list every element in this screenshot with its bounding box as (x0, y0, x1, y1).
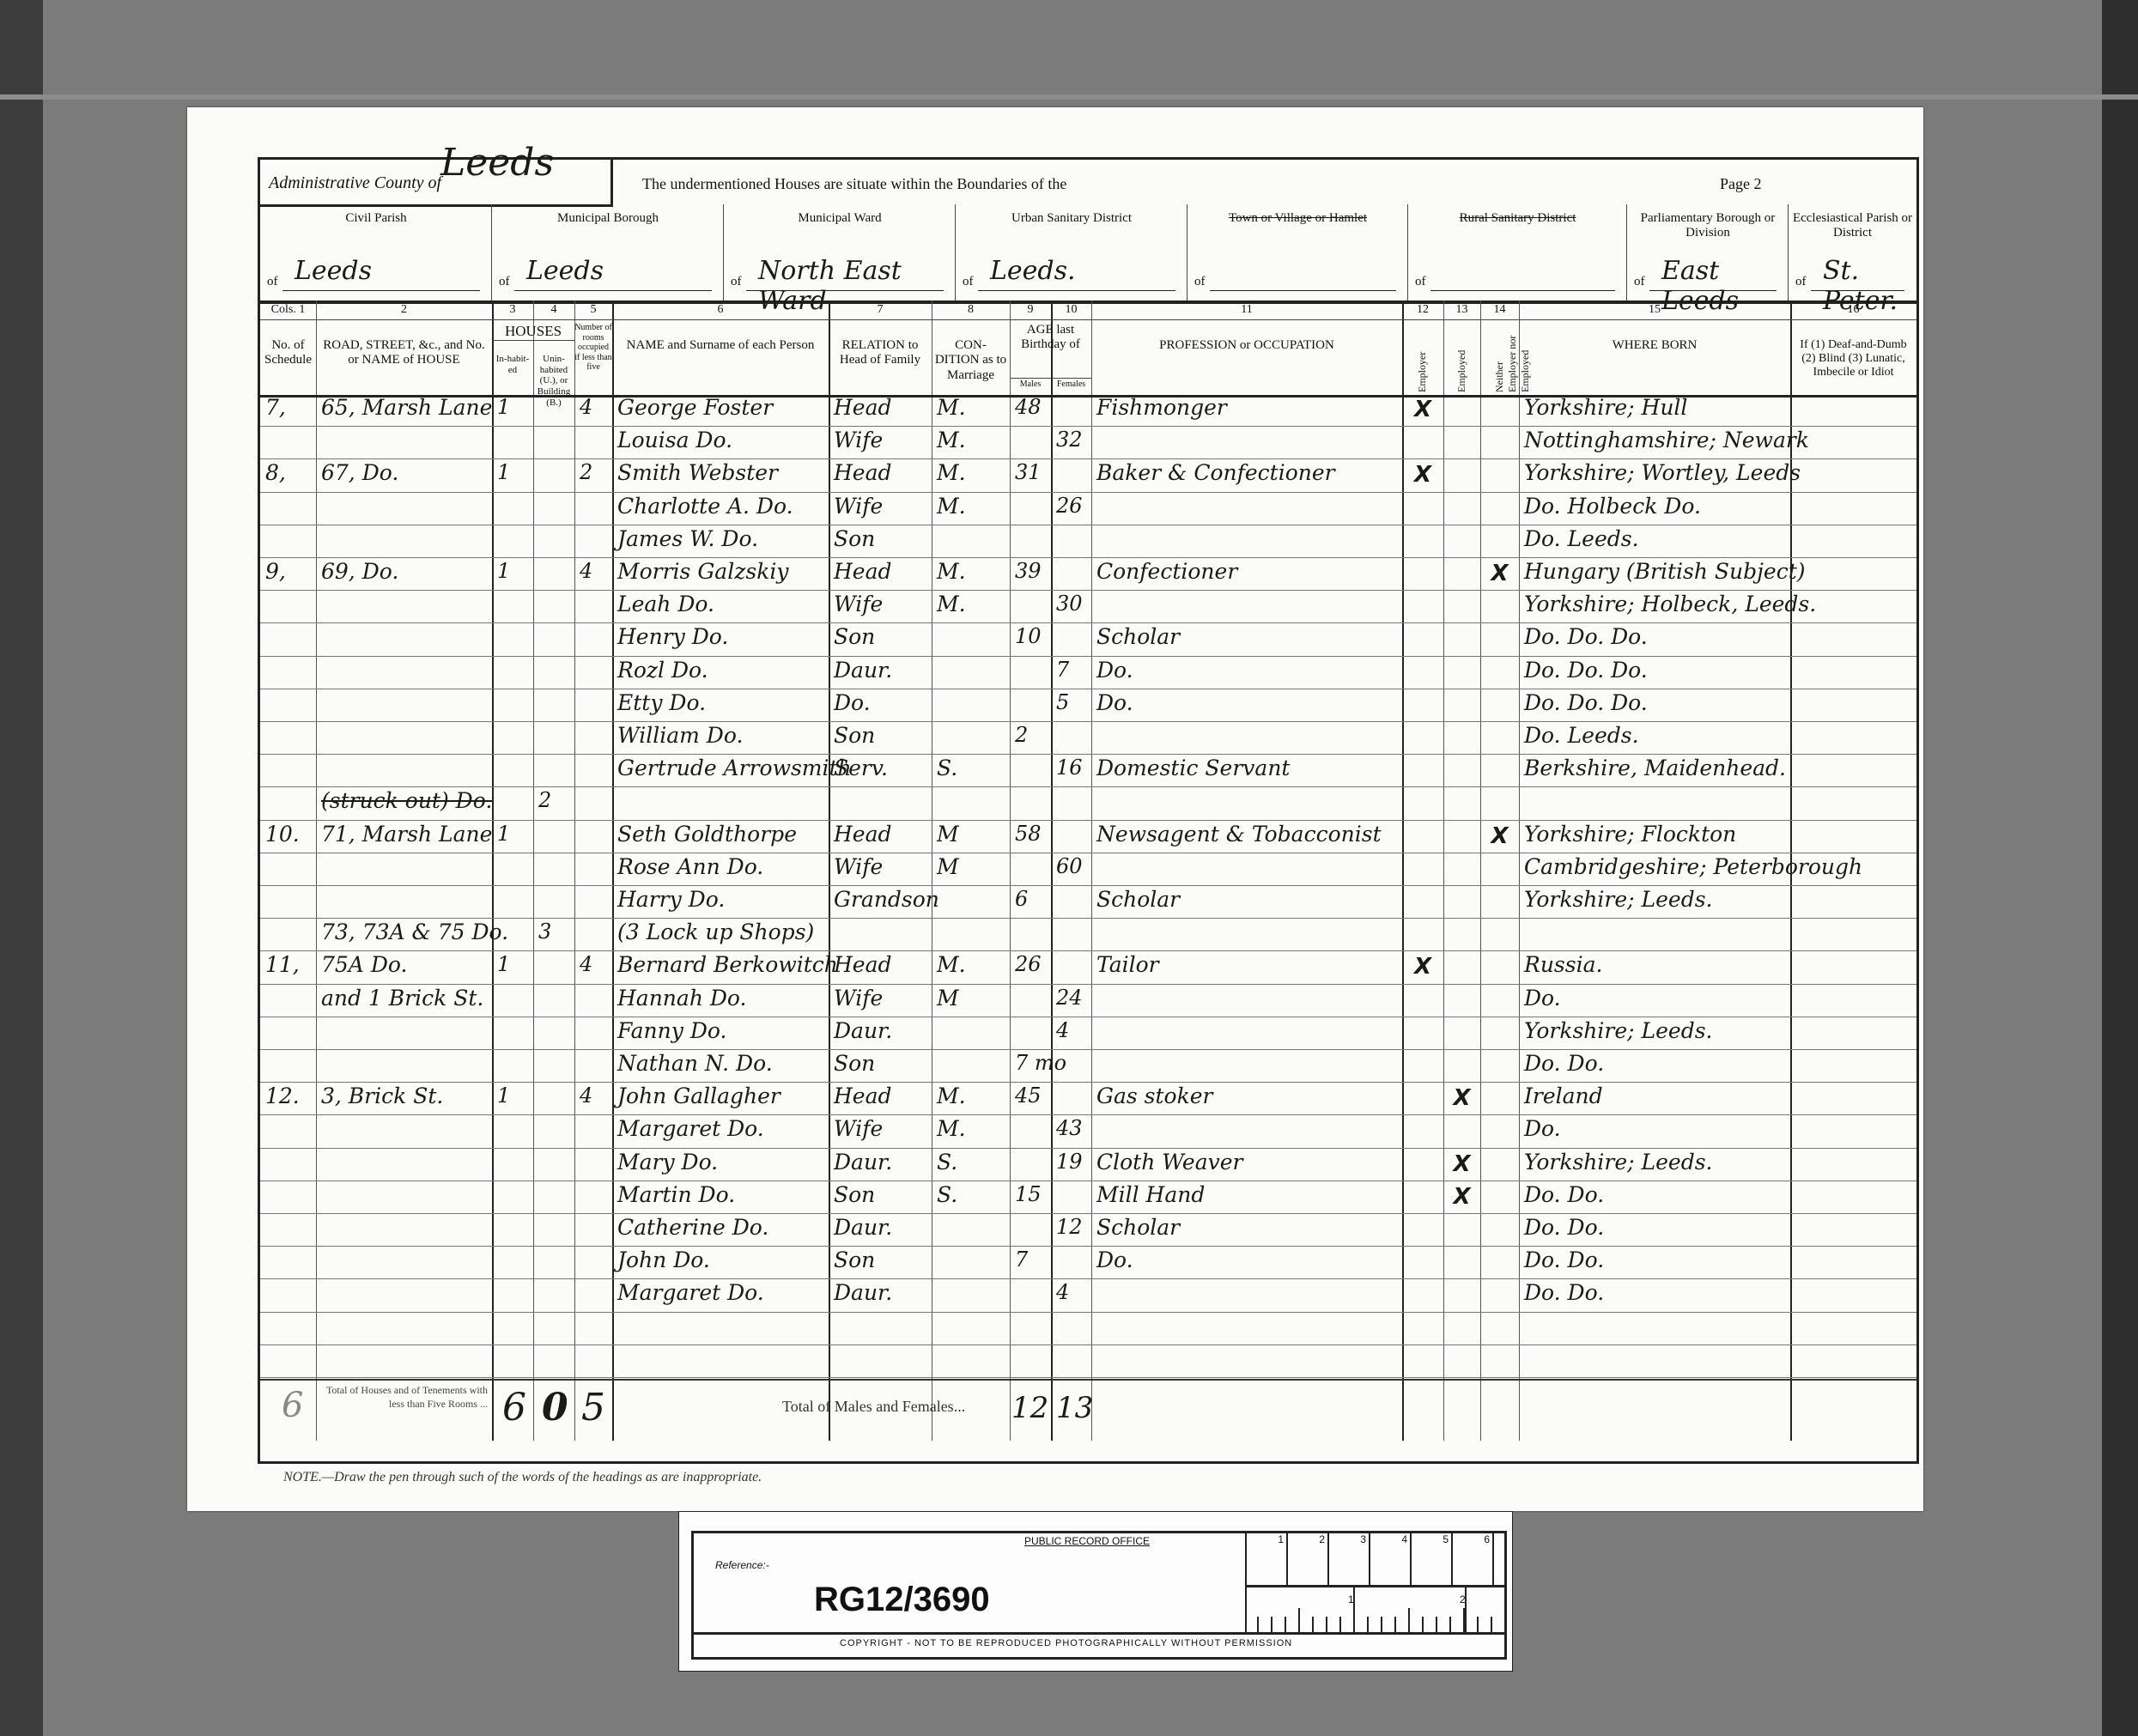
district-cell-3: Urban Sanitary DistrictofLeeds. (956, 204, 1187, 300)
cell-inhabited: 1 (497, 822, 510, 846)
table-row: (struck out) Do.2 (260, 788, 1916, 821)
row-rule (260, 590, 1916, 591)
column-header: Females (1051, 379, 1091, 390)
total-inhabited: 6 (502, 1386, 526, 1429)
district-row: Civil ParishofLeedsMunicipal BoroughofLe… (260, 204, 1916, 304)
ruler-tick (1353, 1608, 1355, 1632)
table-row: Charlotte A. Do.WifeM.26Do. Holbeck Do. (260, 494, 1916, 526)
cell-name: Charlotte A. Do. (617, 494, 793, 519)
column-number: 5 (574, 303, 612, 317)
cell-relation: Son (834, 1247, 875, 1272)
row-rule (260, 622, 1916, 623)
cell-age-m: 2 (1015, 723, 1028, 747)
cell-name: Martin Do. (617, 1182, 735, 1207)
cell-age-f: 32 (1056, 428, 1083, 452)
totals-persons-label: Total of Males and Females... (782, 1398, 965, 1416)
cell-born: Do. Do. Do. (1524, 624, 1648, 649)
cell-rooms: 4 (580, 559, 592, 583)
column-number: 8 (932, 303, 1010, 317)
cell-age-f: 43 (1056, 1116, 1083, 1140)
cell-schedule: 7, (265, 395, 286, 420)
cell-relation: Daur. (834, 658, 892, 683)
office-label: PUBLIC RECORD OFFICE (1024, 1535, 1150, 1547)
district-label: Parliamentary Borough or Division (1627, 211, 1789, 240)
cell-name: James W. Do. (617, 526, 758, 551)
cell-name: Nathan N. Do. (617, 1051, 773, 1076)
district-prefix: of (499, 275, 510, 289)
cell-occupation: Domestic Servant (1096, 756, 1290, 780)
table-row: James W. Do.SonDo. Leeds. (260, 526, 1916, 559)
table-row: 73, 73A & 75 Do.3(3 Lock up Shops) (260, 920, 1916, 952)
district-label: Town or Village or Hamlet (1187, 211, 1408, 226)
column-number: 3 (492, 303, 533, 317)
scan-edge-right (2102, 0, 2138, 1736)
cell-age-m: 7 mo (1015, 1051, 1066, 1075)
cell-age-f: 7 (1056, 658, 1069, 682)
district-underline (1430, 290, 1615, 291)
cell-name: (3 Lock up Shops) (617, 920, 814, 944)
cell-condition: M. (937, 1116, 966, 1141)
age-subrule (1010, 378, 1091, 379)
district-underline (514, 290, 712, 291)
district-underline (978, 290, 1175, 291)
cell-condition: M (937, 822, 959, 847)
table-row: 7,65, Marsh Lane14George FosterHeadM.48F… (260, 395, 1916, 428)
ruler-tick (1422, 1617, 1424, 1632)
boundaries-intro: The undermentioned Houses are situate wi… (642, 175, 1066, 193)
column-header: NAME and Surname of each Person (615, 338, 826, 353)
cell-occupation: Tailor (1096, 952, 1159, 977)
cell-employed: X (1454, 1184, 1471, 1210)
page-label: Page 2 (1720, 175, 1762, 193)
ruler-tick (1298, 1608, 1300, 1632)
ruler-cell: 2 (1288, 1533, 1329, 1585)
cell-employer: X (1414, 397, 1431, 422)
cell-born: Cambridgeshire; Peterborough (1524, 854, 1862, 879)
ruler-tick (1381, 1617, 1382, 1632)
ruler-tick (1449, 1617, 1451, 1632)
scale-ruler: 12345612 (1245, 1533, 1506, 1632)
row-rule (260, 492, 1916, 493)
table-row: Gertrude ArrowsmithServ.S.16Domestic Ser… (260, 756, 1916, 788)
column-header: In-habit-ed (492, 354, 533, 375)
cell-age-m: 6 (1015, 887, 1028, 911)
cell-relation: Daur. (834, 1150, 892, 1175)
ruler-cell: 1 (1247, 1533, 1288, 1585)
totals-top-rule (260, 1379, 1916, 1381)
cell-relation: Head (834, 395, 892, 420)
column-number: 6 (612, 303, 829, 317)
ruler-cell: 4 (1370, 1533, 1412, 1585)
ruler-tick (1326, 1617, 1327, 1632)
cell-name: Leah Do. (617, 592, 714, 616)
row-rule (260, 885, 1916, 886)
row-rule (260, 820, 1916, 821)
row-rule (260, 1344, 1916, 1345)
row-rule (260, 1114, 1916, 1115)
district-cell-1: Municipal BoroughofLeeds (492, 204, 724, 300)
ruler-tick (1504, 1617, 1506, 1632)
row-rule (260, 525, 1916, 525)
cell-condition: M. (937, 428, 966, 452)
district-cell-5: Rural Sanitary Districtof (1408, 204, 1627, 300)
archive-stamp: PUBLIC RECORD OFFICE Reference:- RG12/36… (678, 1511, 1513, 1672)
column-number: 4 (533, 303, 574, 317)
cell-born: Do. Do. Do. (1524, 658, 1648, 683)
district-prefix: of (1415, 275, 1426, 289)
cell-age-m: 45 (1015, 1083, 1042, 1108)
column-number: Cols. 1 (260, 303, 316, 317)
cell-schedule: 12. (265, 1083, 300, 1108)
district-cell-0: Civil ParishofLeeds (260, 204, 492, 300)
ruler-tick (1257, 1617, 1259, 1632)
cell-relation: Grandson (834, 887, 939, 912)
cell-name: Bernard Berkowitch (617, 952, 838, 977)
cell-employed: X (1454, 1151, 1471, 1177)
cell-inhabited: 1 (497, 559, 510, 583)
cell-age-f: 4 (1056, 1018, 1069, 1042)
cell-born: Do. Do. (1524, 1215, 1604, 1240)
table-row: 9,69, Do.14Morris GalzskiyHeadM.39Confec… (260, 559, 1916, 592)
cell-inhabited: 1 (497, 1083, 510, 1108)
ruler-cell: 5 (1412, 1533, 1453, 1585)
district-label: Municipal Borough (492, 211, 724, 226)
cell-born: Do. Do. (1524, 1182, 1604, 1207)
cell-relation: Wife (834, 854, 883, 879)
district-cell-2: Municipal WardofNorth East Ward (724, 204, 956, 300)
row-rule (260, 1148, 1916, 1149)
cell-age-m: 58 (1015, 822, 1042, 846)
cell-name: Fanny Do. (617, 1018, 726, 1043)
row-rule (260, 689, 1916, 689)
cell-schedule: 8, (265, 460, 286, 485)
cell-occupation: Newsagent & Tobacconist (1096, 822, 1382, 847)
age-group-header: AGE last Birthday of (1010, 323, 1091, 353)
total-rooms: 5 (581, 1386, 605, 1429)
houses-group-header: HOUSES (492, 323, 574, 341)
column-header: WHERE BORN (1522, 338, 1788, 353)
cell-relation: Son (834, 526, 875, 551)
cell-relation: Son (834, 723, 875, 748)
row-rule (260, 984, 1916, 985)
column-number: 14 (1480, 303, 1519, 317)
cell-occupation: Scholar (1096, 624, 1180, 649)
form-note: NOTE.—Draw the pen through such of the w… (283, 1470, 762, 1485)
cell-occupation: Cloth Weaver (1096, 1150, 1243, 1175)
cell-age-f: 26 (1056, 494, 1083, 518)
cell-born: Do. Do. Do. (1524, 690, 1648, 715)
ruler-cell: 6 (1453, 1533, 1494, 1585)
district-label: Ecclesiastical Parish or District (1789, 211, 1916, 240)
cell-born: Do. (1524, 1116, 1561, 1141)
cell-born: Yorkshire; Wortley, Leeds (1524, 460, 1801, 485)
cell-occupation: Do. (1096, 1247, 1133, 1272)
total-uninhabited: 0 (542, 1386, 568, 1429)
column-header: ROAD, STREET, &c., and No. or NAME of HO… (319, 338, 489, 368)
row-rule (260, 1278, 1916, 1279)
cell-address: 75A Do. (321, 952, 407, 977)
cell-born: Berkshire, Maidenhead. (1524, 756, 1786, 780)
column-header: No. of Schedule (263, 338, 313, 368)
cell-relation: Head (834, 1083, 892, 1108)
ruler-tick (1463, 1608, 1465, 1632)
row-rule (260, 1213, 1916, 1214)
column-number: 15 (1519, 303, 1790, 317)
table-row: Catherine Do.Daur.12ScholarDo. Do. (260, 1215, 1916, 1247)
ruler-tick (1436, 1617, 1437, 1632)
cell-condition: M (937, 986, 959, 1011)
cell-born: Yorkshire; Holbeck, Leeds. (1524, 592, 1816, 616)
cell-relation: Daur. (834, 1018, 892, 1043)
cell-neither: X (1491, 561, 1509, 586)
table-row: Louisa Do.WifeM.32Nottinghamshire; Newar… (260, 428, 1916, 460)
scan-band (0, 94, 2138, 100)
table-row: Henry Do.Son10ScholarDo. Do. Do. (260, 624, 1916, 657)
column-header: CON-DITION as to Marriage (934, 338, 1007, 383)
column-number: 10 (1051, 303, 1091, 317)
reference-label: Reference:- (715, 1559, 769, 1571)
column-number: 13 (1443, 303, 1480, 317)
table-row: Rozl Do.Daur.7Do.Do. Do. Do. (260, 658, 1916, 690)
cell-age-f: 30 (1056, 592, 1083, 616)
cell-uninhabited: 2 (538, 788, 551, 812)
cell-born: Yorkshire; Leeds. (1524, 887, 1713, 912)
cell-age-m: 39 (1015, 559, 1042, 583)
cell-condition: M. (937, 559, 966, 584)
ruler-tick (1367, 1617, 1369, 1632)
district-label: Municipal Ward (724, 211, 956, 226)
ruler-tick (1285, 1617, 1286, 1632)
row-rule (260, 1181, 1916, 1181)
table-row: Margaret Do.Daur.4Do. Do. (260, 1280, 1916, 1313)
table-row: 11,75A Do.14Bernard BerkowitchHeadM.26Ta… (260, 952, 1916, 985)
cell-condition: S. (937, 756, 957, 780)
cell-inhabited: 1 (497, 395, 510, 419)
cell-rooms: 4 (580, 952, 592, 976)
column-header: Employer (1416, 328, 1429, 392)
ruler-tick (1408, 1608, 1410, 1632)
cell-address: (struck out) Do. (321, 788, 492, 813)
cell-schedule: 9, (265, 559, 286, 584)
cell-address: 67, Do. (321, 460, 398, 485)
cell-relation: Serv. (834, 756, 888, 780)
cell-rooms: 2 (580, 460, 592, 484)
column-header: Males (1010, 379, 1051, 390)
totals-houses-label: Total of Houses and of Tenements with le… (325, 1384, 488, 1411)
cell-relation: Head (834, 559, 892, 584)
cell-age-f: 60 (1056, 854, 1083, 878)
cell-born: Yorkshire; Flockton (1524, 822, 1736, 847)
cell-schedule: 11, (265, 952, 300, 977)
district-value: Leeds (295, 256, 372, 286)
district-cell-6: Parliamentary Borough or DivisionofEast … (1627, 204, 1789, 300)
column-header: Number of rooms occupied if less than fi… (574, 323, 612, 373)
cell-condition: M. (937, 395, 966, 420)
cell-name: Rozl Do. (617, 658, 708, 683)
cell-name: Rose Ann Do. (617, 854, 763, 879)
district-label: Civil Parish (260, 211, 492, 226)
cell-relation: Son (834, 1051, 875, 1076)
cell-occupation: Gas stoker (1096, 1083, 1212, 1108)
ruler-tick (1477, 1617, 1479, 1632)
cell-born: Do. Leeds. (1524, 723, 1639, 748)
cell-name: William Do. (617, 723, 743, 748)
cell-born: Do. Do. (1524, 1280, 1604, 1305)
cell-condition: M. (937, 494, 966, 519)
row-rule (260, 754, 1916, 755)
household-table: Cols. 1No. of Schedule2ROAD, STREET, &c.… (260, 300, 1916, 1461)
ruler-divider (1247, 1585, 1506, 1587)
cell-age-f: 4 (1056, 1280, 1069, 1304)
ruler-tick (1394, 1617, 1396, 1632)
cell-relation: Wife (834, 1116, 883, 1141)
district-underline (282, 290, 480, 291)
cell-relation: Head (834, 952, 892, 977)
table-row: and 1 Brick St.Hannah Do.WifeM24Do. (260, 986, 1916, 1018)
cell-relation: Wife (834, 986, 883, 1011)
district-label: Urban Sanitary District (956, 211, 1187, 226)
cell-relation: Daur. (834, 1280, 892, 1305)
ruler-major (1465, 1585, 1467, 1632)
cell-address: and 1 Brick St. (321, 986, 483, 1011)
row-rule (260, 918, 1916, 919)
cell-born: Yorkshire; Leeds. (1524, 1150, 1713, 1175)
row-rule (260, 950, 1916, 951)
cell-age-m: 15 (1015, 1182, 1042, 1206)
row-rule (260, 853, 1916, 853)
cell-born: Russia. (1524, 952, 1602, 977)
cell-condition: S. (937, 1150, 957, 1175)
district-cell-7: Ecclesiastical Parish or DistrictofSt. P… (1789, 204, 1916, 300)
ruler-cell: 3 (1329, 1533, 1370, 1585)
admin-county-box: Administrative County of Leeds (260, 160, 613, 207)
cell-rooms: 4 (580, 395, 592, 419)
cell-age-f: 5 (1056, 690, 1069, 714)
table-row: Martin Do.SonS.15Mill HandXDo. Do. (260, 1182, 1916, 1215)
cell-born: Do. (1524, 986, 1561, 1011)
cell-born: Do. Leeds. (1524, 526, 1639, 551)
cell-occupation: Confectioner (1096, 559, 1237, 584)
table-row: Harry Do.Grandson6ScholarYorkshire; Leed… (260, 887, 1916, 920)
cell-relation: Do. (834, 690, 871, 715)
cell-employer: X (1414, 954, 1431, 980)
cell-name: Henry Do. (617, 624, 728, 649)
cell-name: Louisa Do. (617, 428, 732, 452)
district-prefix: of (1795, 275, 1807, 289)
total-males: 12 (1011, 1391, 1048, 1425)
cell-age-f: 24 (1056, 986, 1083, 1010)
cell-name: Margaret Do. (617, 1116, 764, 1141)
column-header: RELATION to Head of Family (831, 338, 929, 368)
row-rule (260, 1049, 1916, 1050)
row-rule (260, 557, 1916, 558)
district-underline (1210, 290, 1396, 291)
cell-uninhabited: 3 (538, 920, 551, 944)
row-rule (260, 1246, 1916, 1247)
cell-occupation: Do. (1096, 658, 1133, 683)
ruler-tick (1491, 1617, 1492, 1632)
cell-condition: S. (937, 1182, 957, 1207)
cell-age-f: 12 (1056, 1215, 1083, 1239)
cell-age-m: 48 (1015, 395, 1042, 419)
cell-address: 65, Marsh Lane (321, 395, 492, 420)
cell-born: Do. Holbeck Do. (1524, 494, 1701, 519)
cell-occupation: Do. (1096, 690, 1133, 715)
cell-employer: X (1414, 462, 1431, 488)
row-rule (260, 1377, 1916, 1378)
copyright-notice: COPYRIGHT - NOT TO BE REPRODUCED PHOTOGR… (840, 1638, 1292, 1648)
admin-county-value: Leeds (440, 141, 554, 185)
cell-name: John Do. (617, 1247, 710, 1272)
cell-relation: Wife (834, 428, 883, 452)
row-rule (260, 721, 1916, 722)
census-form: Administrative County of Leeds The under… (258, 157, 1919, 1464)
row-rule (260, 1017, 1916, 1017)
cell-inhabited: 1 (497, 460, 510, 484)
ruler-tick (1271, 1617, 1272, 1632)
column-number: 2 (316, 303, 492, 317)
column-header: PROFESSION or OCCUPATION (1094, 338, 1400, 353)
row-rule (260, 1082, 1916, 1083)
cell-inhabited: 1 (497, 952, 510, 976)
cell-born: Yorkshire; Leeds. (1524, 1018, 1713, 1043)
cell-condition: M. (937, 952, 966, 977)
district-prefix: of (1194, 275, 1206, 289)
table-row: Rose Ann Do.WifeM60Cambridgeshire; Peter… (260, 854, 1916, 887)
cell-occupation: Mill Hand (1096, 1182, 1205, 1207)
row-rule (260, 426, 1916, 427)
district-cell-4: Town or Village or Hamletof (1187, 204, 1408, 300)
cell-name: George Foster (617, 395, 773, 420)
table-row: Mary Do.Daur.S.19Cloth WeaverXYorkshire;… (260, 1150, 1916, 1182)
table-row: John Do.Son7Do.Do. Do. (260, 1247, 1916, 1280)
ruler-tick (1339, 1617, 1341, 1632)
cell-condition: M. (937, 1083, 966, 1108)
cell-condition: M (937, 854, 959, 879)
scan-edge-left (0, 0, 43, 1736)
cell-condition: M. (937, 592, 966, 616)
cell-condition: M. (937, 460, 966, 485)
column-number-rule (260, 319, 1916, 320)
district-value: Leeds (526, 256, 604, 286)
column-number: 11 (1091, 303, 1402, 317)
row-rule (260, 458, 1916, 459)
district-label: Rural Sanitary District (1408, 211, 1627, 226)
cell-relation: Son (834, 1182, 875, 1207)
column-number: 9 (1010, 303, 1051, 317)
column-header: If (1) Deaf-and-Dumb (2) Blind (3) Lunat… (1793, 338, 1914, 379)
ruler-tick (1312, 1617, 1314, 1632)
cell-born: Hungary (British Subject) (1524, 559, 1806, 584)
row-rule (260, 1312, 1916, 1313)
cell-name: Smith Webster (617, 460, 778, 485)
cell-age-f: 16 (1056, 756, 1083, 780)
cell-name: Harry Do. (617, 887, 725, 912)
cell-age-m: 10 (1015, 624, 1042, 648)
table-row: Fanny Do.Daur.4Yorkshire; Leeds. (260, 1018, 1916, 1051)
table-row: 10.71, Marsh Lane1Seth GoldthorpeHeadM58… (260, 822, 1916, 854)
table-row: 8,67, Do.12Smith WebsterHeadM.31Baker & … (260, 460, 1916, 493)
cell-age-m: 26 (1015, 952, 1042, 976)
cell-address: 3, Brick St. (321, 1083, 443, 1108)
cell-age-m: 7 (1015, 1247, 1028, 1272)
cell-address: 69, Do. (321, 559, 398, 584)
cell-relation: Head (834, 460, 892, 485)
district-prefix: of (731, 275, 742, 289)
column-number: 12 (1402, 303, 1443, 317)
table-row: Leah Do.WifeM.30Yorkshire; Holbeck, Leed… (260, 592, 1916, 624)
district-prefix: of (963, 275, 974, 289)
